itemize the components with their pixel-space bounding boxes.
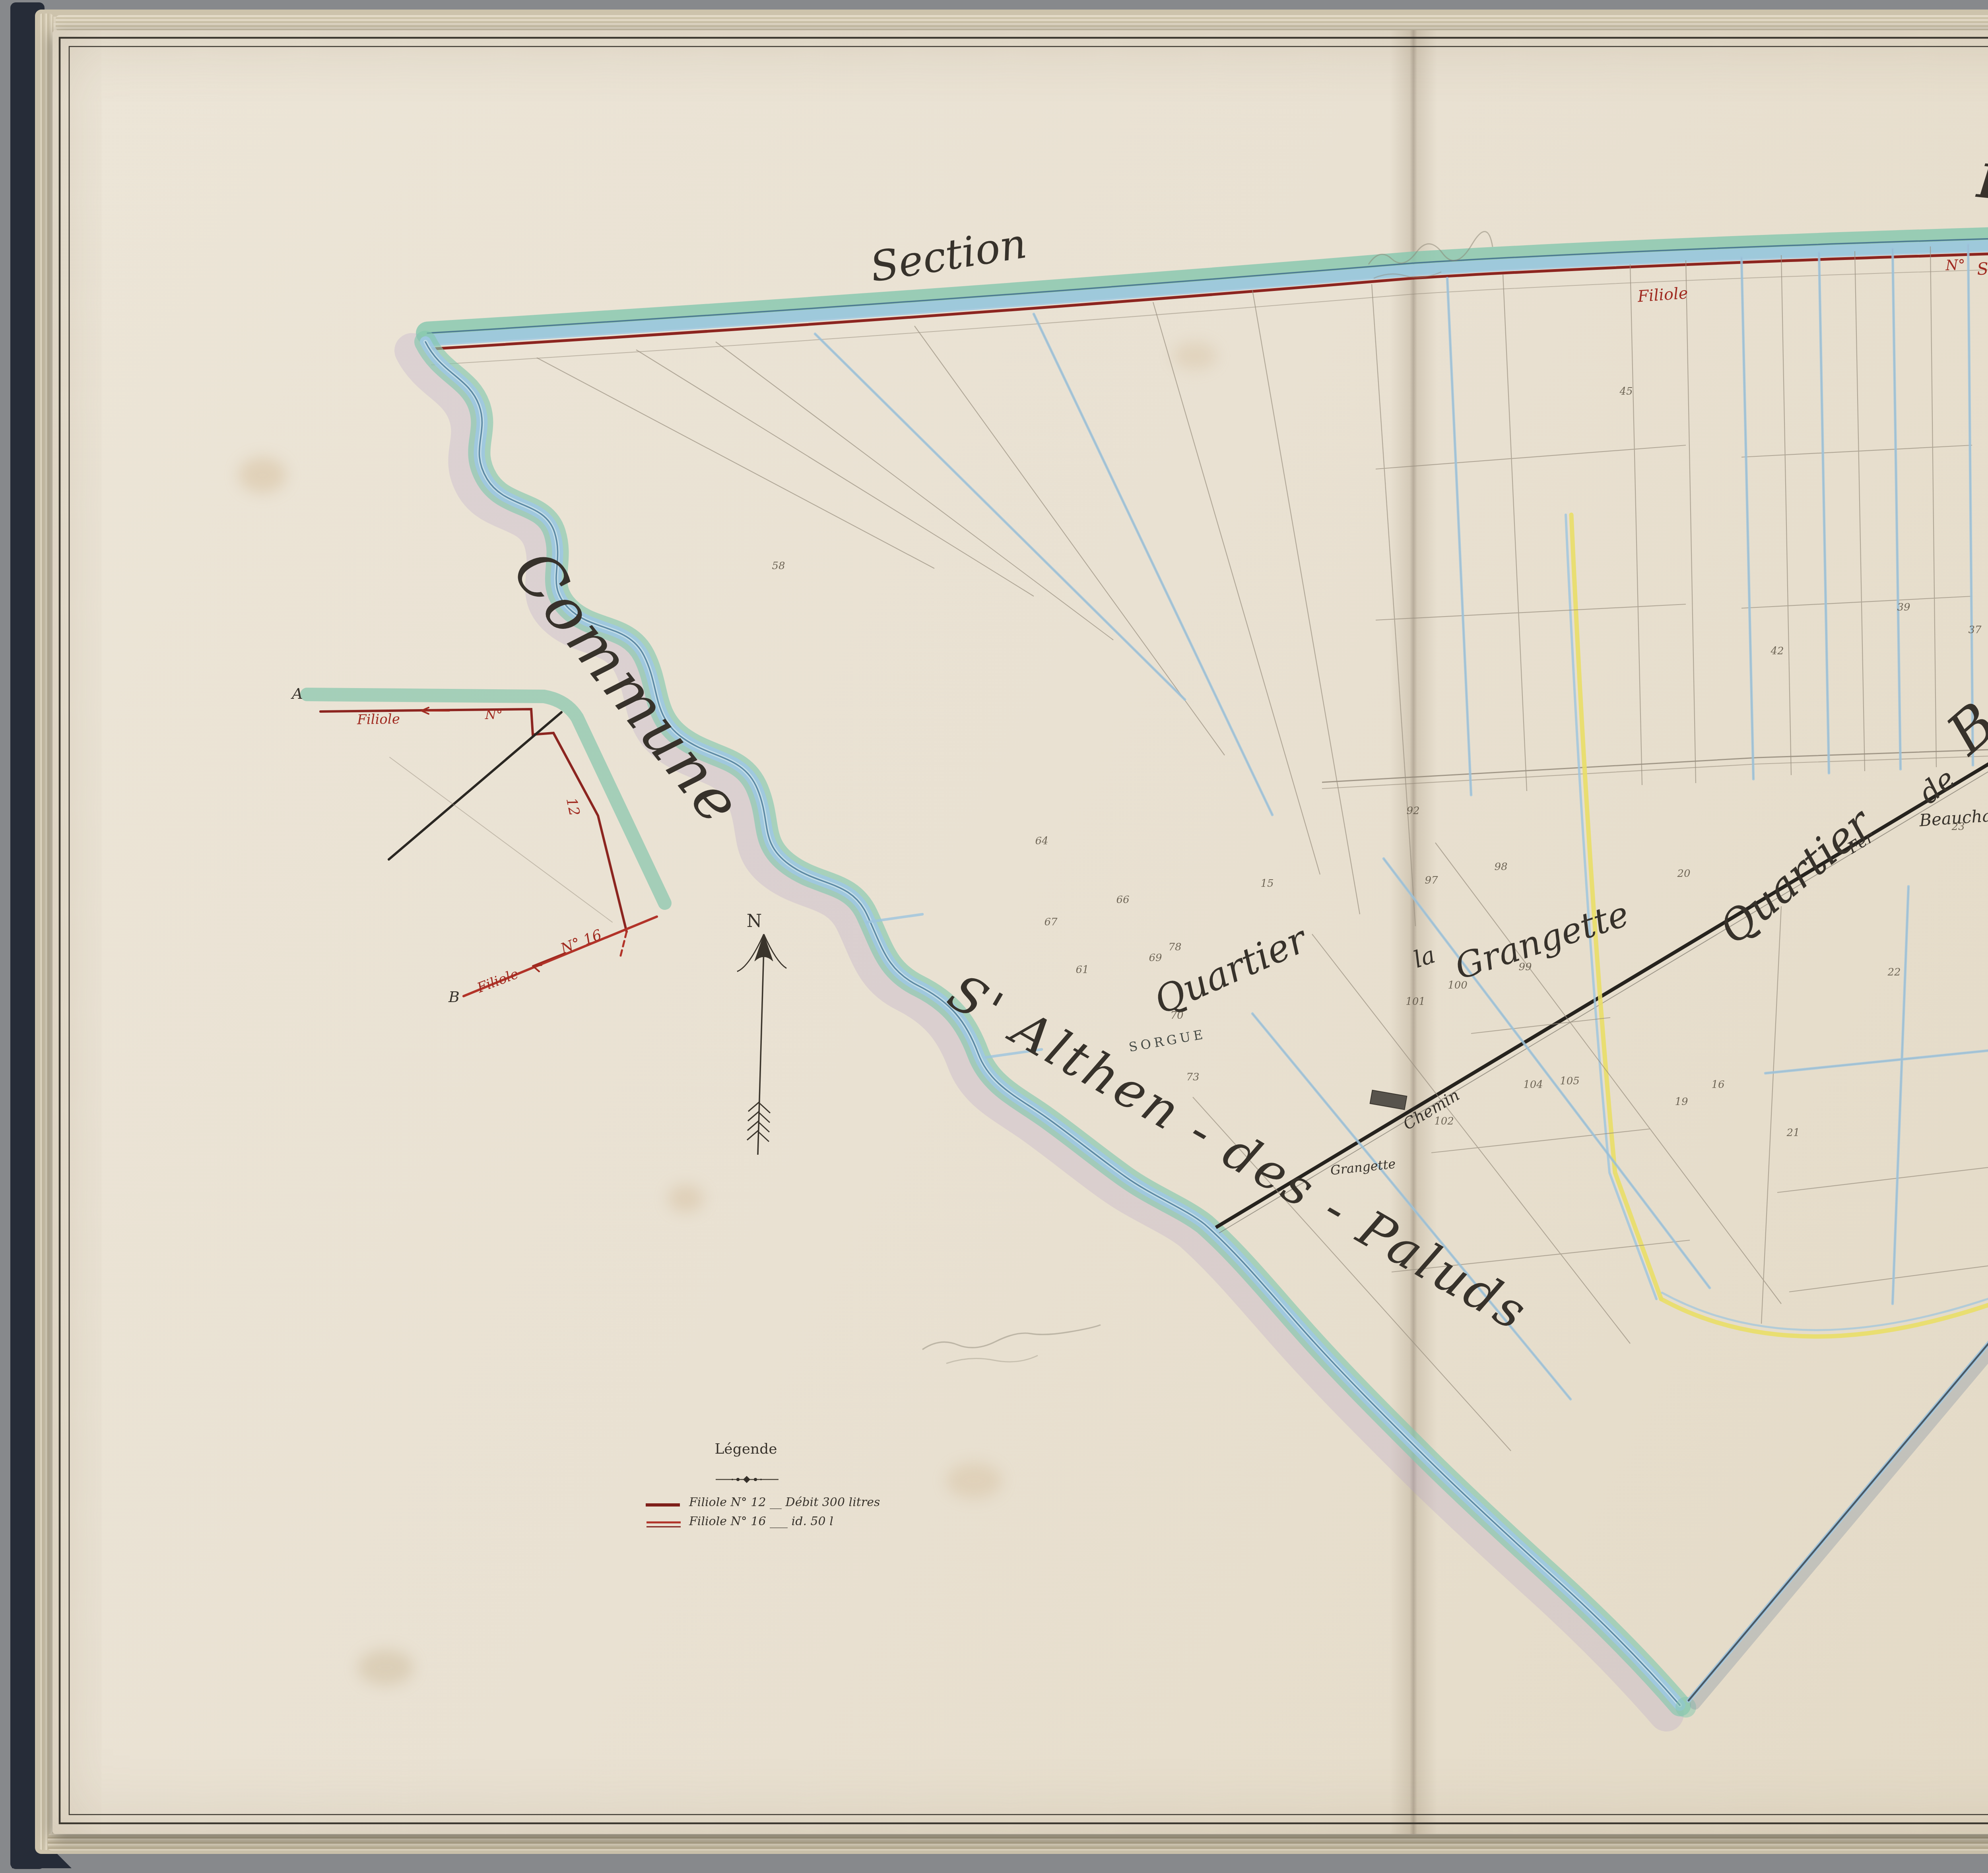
parcel-number: 101 — [1406, 996, 1425, 1008]
parcel-number: 69 — [1149, 952, 1162, 964]
label-inset-no-top: N° — [485, 708, 503, 721]
parcel-number: 22 — [1887, 966, 1901, 978]
legend-row-2: Filiole N° 16 ___ id. 50 l — [689, 1516, 833, 1528]
parcel-number: 70 — [1170, 1010, 1183, 1022]
parcel-number: 58 — [772, 560, 785, 572]
parcel-number: 98 — [1494, 861, 1507, 873]
label-sorguette: Sorguette — [1976, 256, 1988, 277]
inset-filiole-lines — [307, 694, 665, 996]
parcel-number: 45 — [1619, 386, 1633, 397]
parcel-number: 16 — [1711, 1079, 1724, 1091]
parcel-number: 97 — [1425, 874, 1438, 886]
boundary-canal — [1689, 502, 1988, 1704]
parcel-number: 66 — [1116, 894, 1129, 906]
parcel-number: 19 — [1675, 1096, 1688, 1108]
label-no-top: N° — [1945, 258, 1966, 273]
label-compass-n: N — [747, 913, 762, 930]
parcel-number: 39 — [1897, 601, 1910, 613]
label-filiole-top: Filiole — [1637, 285, 1688, 305]
parcel-number: 92 — [1406, 805, 1419, 817]
compass-arrow — [737, 934, 786, 1155]
roads — [1322, 591, 1988, 789]
legend-row-1: Filiole N° 12 __ Débit 300 litres — [689, 1497, 880, 1508]
label-inset-a: A — [292, 686, 303, 701]
parcel-number: 102 — [1434, 1115, 1454, 1127]
parcel-number: 64 — [1035, 835, 1048, 847]
legend-title: Légende — [714, 1442, 777, 1456]
hamlet-buildings — [1370, 736, 1988, 1109]
parcel-number: 73 — [1186, 1071, 1199, 1083]
label-inset-b: B — [448, 989, 460, 1004]
parcel-number: 61 — [1076, 964, 1089, 976]
parcel-number: 23 — [1951, 821, 1965, 833]
label-inset-twelve: 12 — [564, 797, 582, 817]
parcel-number: 20 — [1677, 868, 1690, 880]
parcel-number: 105 — [1560, 1075, 1580, 1087]
parcel-number: 21 — [1786, 1127, 1800, 1139]
parcel-number: 100 — [1448, 979, 1468, 991]
map-artwork — [0, 0, 1988, 1873]
label-inset-filiole-top: Filiole — [357, 712, 400, 727]
parcel-number: 67 — [1044, 916, 1057, 928]
parcel-number: 15 — [1260, 878, 1274, 890]
parcel-number: 104 — [1523, 1079, 1543, 1091]
parcel-number: 78 — [1168, 941, 1181, 953]
photographed-atlas-scene: Section H E Commune S' Althen - des - Pa… — [0, 0, 1988, 1873]
parcel-number: 37 — [1968, 624, 1981, 636]
parcel-number: 42 — [1771, 645, 1784, 657]
parcel-number: 99 — [1518, 961, 1532, 973]
top-river — [427, 225, 1988, 365]
